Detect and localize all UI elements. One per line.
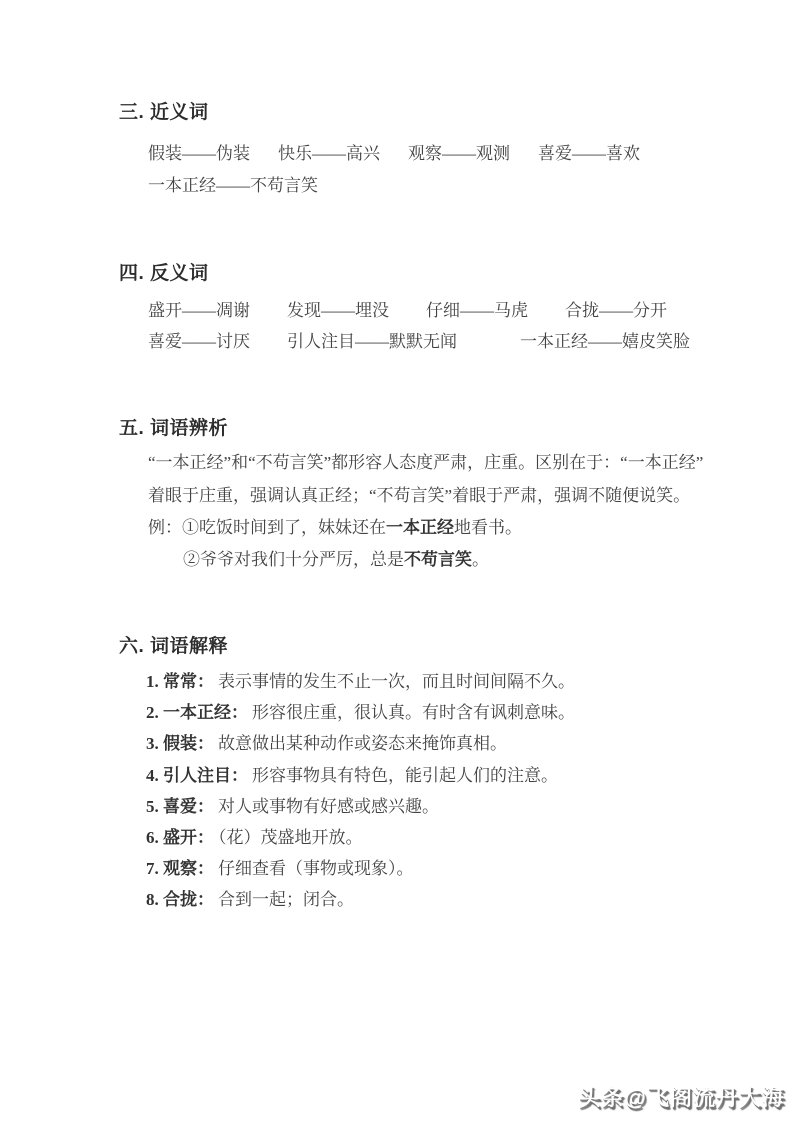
example-bold-term: 一本正经 xyxy=(386,518,454,537)
definition-term: 6. 盛开： xyxy=(146,828,214,847)
definition-term: 4. 引人注目： xyxy=(146,766,248,785)
antonym-pair: 仔细——马虎 xyxy=(426,300,528,321)
definition-term: 3. 假装： xyxy=(146,734,214,753)
definition-term: 1. 常常： xyxy=(146,672,214,691)
analysis-example-1: 例：①吃饭时间到了，妹妹还在一本正经地看书。 xyxy=(148,517,522,539)
definition-item: 8. 合拢：合到一起；闭合。 xyxy=(146,884,575,915)
antonym-row-1: 盛开——凋谢 发现——埋没 仔细——马虎 合拢——分开 xyxy=(148,300,667,321)
definition-text: 合到一起；闭合。 xyxy=(218,890,354,909)
antonym-pair: 一本正经——嬉皮笑脸 xyxy=(520,331,690,352)
example-text: 地看书。 xyxy=(454,518,522,537)
definition-term: 5. 喜爱： xyxy=(146,797,214,816)
analysis-example-2: ②爷爷对我们十分严厉，总是不苟言笑。 xyxy=(183,549,489,571)
antonym-pair: 发现——埋没 xyxy=(287,300,389,321)
section-heading-antonyms: 四. 反义词 xyxy=(119,263,209,285)
definition-text: 形容事物具有特色，能引起人们的注意。 xyxy=(252,766,558,785)
example-text: 例：①吃饭时间到了，妹妹还在 xyxy=(148,518,386,537)
example-bold-term: 不苟言笑 xyxy=(404,550,472,569)
synonym-pair: 假装——伪装 xyxy=(148,143,250,164)
synonym-pair: 观察——观测 xyxy=(408,143,510,164)
definition-item: 3. 假装：故意做出某种动作或姿态来掩饰真相。 xyxy=(146,728,575,759)
definition-text: 故意做出某种动作或姿态来掩饰真相。 xyxy=(218,734,507,753)
synonym-pair: 快乐——高兴 xyxy=(278,143,380,164)
definition-item: 7. 观察：仔细查看（事物或现象）。 xyxy=(146,853,575,884)
antonym-pair: 合拢——分开 xyxy=(565,300,667,321)
definition-text: 形容很庄重，很认真。有时含有讽刺意味。 xyxy=(252,703,575,722)
section-heading-synonyms: 三. 近义词 xyxy=(119,102,209,124)
synonym-pair: 一本正经——不苟言笑 xyxy=(148,175,318,196)
synonym-pair: 喜爱——喜欢 xyxy=(538,143,640,164)
definition-text: 表示事情的发生不止一次，而且时间间隔不久。 xyxy=(218,672,575,691)
document-page: 三. 近义词 假装——伪装 快乐——高兴 观察——观测 喜爱——喜欢 一本正经—… xyxy=(0,0,794,1123)
definition-term: 7. 观察： xyxy=(146,859,214,878)
antonym-pair: 引人注目——默默无闻 xyxy=(287,331,457,352)
definition-text: 对人或事物有好感或感兴趣。 xyxy=(218,797,439,816)
section-heading-analysis: 五. 词语辨析 xyxy=(119,418,228,440)
section-heading-definitions: 六. 词语解释 xyxy=(119,636,228,658)
example-text: ②爷爷对我们十分严厉，总是 xyxy=(183,550,404,569)
definition-text: （花）茂盛地开放。 xyxy=(218,828,363,847)
definition-list: 1. 常常：表示事情的发生不止一次，而且时间间隔不久。 2. 一本正经：形容很庄… xyxy=(146,666,575,916)
definition-term: 2. 一本正经： xyxy=(146,703,248,722)
definition-item: 2. 一本正经：形容很庄重，很认真。有时含有讽刺意味。 xyxy=(146,697,575,728)
analysis-line-2: 着眼于庄重，强调认真正经；“不苟言笑”着眼于严肃，强调不随便说笑。 xyxy=(148,485,690,507)
synonym-row-2: 一本正经——不苟言笑 xyxy=(148,175,318,196)
analysis-line-1: “一本正经”和“不苟言笑”都形容人态度严肃，庄重。区别在于：“一本正经” xyxy=(148,452,703,474)
example-text: 。 xyxy=(472,550,489,569)
synonym-row-1: 假装——伪装 快乐——高兴 观察——观测 喜爱——喜欢 xyxy=(148,143,640,164)
definition-item: 4. 引人注目：形容事物具有特色，能引起人们的注意。 xyxy=(146,760,575,791)
antonym-pair: 喜爱——讨厌 xyxy=(148,331,250,352)
definition-term: 8. 合拢： xyxy=(146,890,214,909)
definition-item: 1. 常常：表示事情的发生不止一次，而且时间间隔不久。 xyxy=(146,666,575,697)
definition-item: 5. 喜爱：对人或事物有好感或感兴趣。 xyxy=(146,791,575,822)
antonym-pair: 盛开——凋谢 xyxy=(148,300,250,321)
antonym-row-2: 喜爱——讨厌 引人注目——默默无闻 一本正经——嬉皮笑脸 xyxy=(148,331,690,352)
toutiao-watermark: 头条@飞阁流丹大海 xyxy=(579,1081,785,1112)
definition-item: 6. 盛开：（花）茂盛地开放。 xyxy=(146,822,575,853)
definition-text: 仔细查看（事物或现象）。 xyxy=(218,859,414,878)
